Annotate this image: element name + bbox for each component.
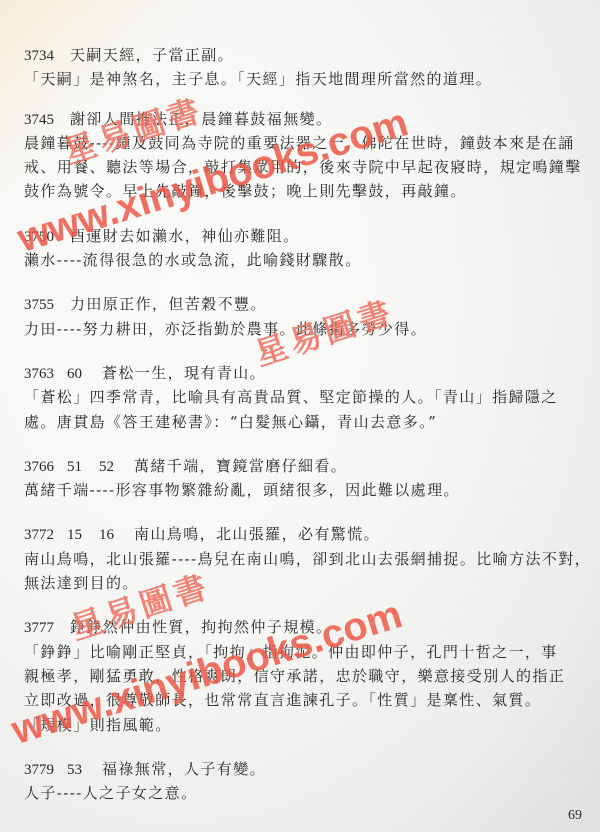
entry-header: 3777錚錚然仲由性質，拘拘然仲子規模。 xyxy=(24,615,586,639)
entry-number: 3779 xyxy=(24,758,67,782)
entry-reference-number: 60 xyxy=(67,362,99,386)
entry-number: 3745 xyxy=(24,108,67,132)
entry-number: 3755 xyxy=(24,293,67,317)
entry-verse: 蒼松一生，現有青山。 xyxy=(102,364,266,382)
entry-reference-number: 16 xyxy=(99,523,131,547)
entry-header: 3734天嗣天經，子當正副。 xyxy=(24,43,586,67)
entry-explanation-line: 力田----努力耕田，亦泛指勤於農事。此條指多勞少得。 xyxy=(24,317,586,341)
entry-verse: 福祿無常，人子有變。 xyxy=(102,760,266,778)
entry-verse: 萬緒千端，寶鏡當磨仔細看。 xyxy=(134,457,347,475)
entry-verse: 錚錚然仲由性質，拘拘然仲子規模。 xyxy=(70,618,332,636)
entry-3745: 3745謝卻人間推法正，晨鐘暮鼓福無變。 晨鐘暮鼓----鐘及鼓同為寺院的重要法… xyxy=(24,107,586,204)
entry-3763: 376360蒼松一生，現有青山。 「蒼松」四季常青，比喻具有高貴品質、堅定節操的… xyxy=(24,361,586,434)
entry-explanation-line: 瀨水----流得很急的水或急流，此喻錢財驟散。 xyxy=(24,248,586,272)
entry-header: 376360蒼松一生，現有青山。 xyxy=(24,361,586,385)
book-page-content: 3734天嗣天經，子當正副。 「天嗣」是神煞名，主子息。「天經」指天地間理所當然… xyxy=(24,43,586,825)
entry-explanation-line: 處。唐貫島《答王建秘書》：“白髮無心鑷，青山去意多。” xyxy=(24,410,586,434)
entry-header: 3755力田原正作，但苦穀不豐。 xyxy=(24,292,586,316)
entry-verse: 謝卻人間推法正，晨鐘暮鼓福無變。 xyxy=(70,110,332,128)
entry-3734: 3734天嗣天經，子當正副。 「天嗣」是神煞名，主子息。「天經」指天地間理所當然… xyxy=(24,43,586,92)
entry-header: 3750酉運財去如瀨水，神仙亦難阻。 xyxy=(24,224,586,248)
entry-explanation-line: 「錚錚」比喻剛正堅貞，「拘拘」指拘泥。仲由即仲子，孔門十哲之一，事 xyxy=(24,640,586,664)
entry-reference-number: 51 xyxy=(67,455,99,479)
entry-explanation-line: 無法達到目的。 xyxy=(24,571,586,595)
entry-explanation-line: 「天嗣」是神煞名，主子息。「天經」指天地間理所當然的道理。 xyxy=(24,67,586,91)
entry-header: 3745謝卻人間推法正，晨鐘暮鼓福無變。 xyxy=(24,107,586,131)
entry-3750: 3750酉運財去如瀨水，神仙亦難阻。 瀨水----流得很急的水或急流，此喻錢財驟… xyxy=(24,224,586,273)
entry-reference-number: 52 xyxy=(99,455,131,479)
entry-number: 3734 xyxy=(24,44,67,68)
entry-3755: 3755力田原正作，但苦穀不豐。 力田----努力耕田，亦泛指勤於農事。此條指多… xyxy=(24,292,586,341)
entry-3766: 37665152萬緒千端，寶鏡當磨仔細看。 萬緒千端----形容事物繁雜紛亂，頭… xyxy=(24,454,586,503)
entry-explanation-line: 親極孝，剛猛勇敢，性格爽朗，信守承諾，忠於職守，樂意接受別人的指正 xyxy=(24,664,586,688)
entry-explanation-line: 「蒼松」四季常青，比喻具有高貴品質、堅定節操的人。「青山」指歸隱之 xyxy=(24,385,586,409)
entry-explanation-line: 鼓作為號令。早上先敲鐘，後擊鼓；晚上則先擊鼓，再敲鐘。 xyxy=(24,179,586,203)
entry-explanation-line: 人子----人之子女之意。 xyxy=(24,781,586,805)
entry-reference-number: 15 xyxy=(67,523,99,547)
entry-explanation-line: 南山鳥鳴，北山張羅----鳥兒在南山鳴，卻到北山去張網捕捉。比喻方法不對， xyxy=(24,547,586,571)
entry-3772: 37721516南山鳥鳴，北山張羅，必有驚慌。 南山鳥鳴，北山張羅----鳥兒在… xyxy=(24,522,586,595)
entry-header: 37665152萬緒千端，寶鏡當磨仔細看。 xyxy=(24,454,586,478)
entry-explanation-line: 晨鐘暮鼓----鐘及鼓同為寺院的重要法器之一，佛陀在世時，鐘鼓本來是在誦 xyxy=(24,131,586,155)
entry-number: 3750 xyxy=(24,225,67,249)
entry-verse: 酉運財去如瀨水，神仙亦難阻。 xyxy=(70,227,300,245)
entry-explanation-line: 立即改過，很尊敬師長，也常常直言進諫孔子。「性質」是稟性、氣質。 xyxy=(24,688,586,712)
entry-verse: 南山鳥鳴，北山張羅，必有驚慌。 xyxy=(134,525,380,543)
entry-number: 3772 xyxy=(24,523,67,547)
entry-3777: 3777錚錚然仲由性質，拘拘然仲子規模。 「錚錚」比喻剛正堅貞，「拘拘」指拘泥。… xyxy=(24,615,586,736)
entry-number: 3766 xyxy=(24,455,67,479)
entry-header: 37721516南山鳥鳴，北山張羅，必有驚慌。 xyxy=(24,522,586,546)
page-number: 69 xyxy=(568,808,582,824)
entry-explanation-line: 萬緒千端----形容事物繁雜紛亂，頭緒很多，因此難以處理。 xyxy=(24,478,586,502)
entry-explanation-line: 戒、用餐、聽法等場合，敲打集眾用的，後來寺院中早起夜寢時，規定鳴鐘擊 xyxy=(24,155,586,179)
entry-explanation-line: 「規模」則指風範。 xyxy=(24,713,586,737)
entry-reference-number: 53 xyxy=(67,758,99,782)
entry-number: 3763 xyxy=(24,362,67,386)
entry-3779: 377953福祿無常，人子有變。 人子----人之子女之意。 xyxy=(24,757,586,806)
entry-verse: 天嗣天經，子當正副。 xyxy=(70,46,234,64)
entry-number: 3777 xyxy=(24,616,67,640)
entry-verse: 力田原正作，但苦穀不豐。 xyxy=(70,295,267,313)
entry-header: 377953福祿無常，人子有變。 xyxy=(24,757,586,781)
